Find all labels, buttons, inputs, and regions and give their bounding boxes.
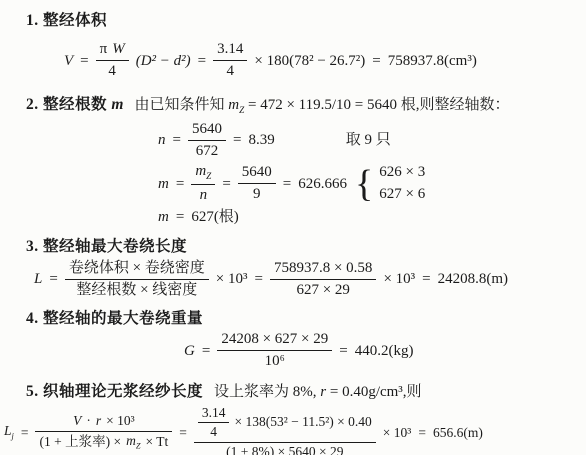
- variable-Lj-base: L: [4, 423, 12, 438]
- denominator: 9: [238, 184, 276, 203]
- variable-V: V: [64, 52, 73, 70]
- result-m: 626.666: [298, 175, 347, 193]
- variable-G: G: [184, 342, 195, 360]
- variable-m: m: [158, 208, 169, 226]
- term-times-10-3: × 10³: [383, 425, 412, 441]
- equals-sign: =: [80, 52, 88, 70]
- denominator: 4: [198, 423, 230, 440]
- num-rest: × 138(53² − 11.5²) × 0.40: [234, 415, 371, 430]
- formula-theoretical-yarn-length: Lj = V · r × 10³ (1 + 上浆率) × mZ × Tt = 3…: [4, 406, 586, 455]
- variable-W: W: [112, 41, 125, 58]
- numerator: 5640: [188, 121, 226, 141]
- variable-mz-base: m: [126, 433, 136, 448]
- den-text-1: (1 + 上浆率) ×: [39, 435, 121, 450]
- case-list: 626 × 3 627 × 6: [379, 162, 425, 206]
- section-5-title: 5. 织轴理论无浆经纱长度: [26, 379, 203, 401]
- equals-sign: =: [283, 175, 291, 193]
- result-m-final: 627(根): [191, 208, 239, 226]
- formula-max-winding-length: L = 卷绕体积 × 卷绕密度 整经根数 × 线密度 × 10³ = 75893…: [34, 260, 586, 300]
- denominator: 4: [213, 61, 247, 80]
- dot-operator: ·: [86, 414, 91, 429]
- numerator: mZ: [191, 163, 215, 186]
- fraction-weight: 24208 × 627 × 29 10⁶: [217, 331, 332, 371]
- section-3-title: 3. 整经轴最大卷绕长度: [26, 234, 187, 256]
- result-length: 24208.8(m): [438, 270, 508, 288]
- denominator: 4: [96, 61, 129, 80]
- result-yarn-length: 656.6(m): [433, 425, 483, 441]
- variable-L: L: [34, 270, 42, 288]
- formula-beam-count: n = 5640 672 = 8.39 取 9 只: [158, 121, 586, 161]
- variable-mz-sub: Z: [206, 172, 211, 182]
- denominator: (1 + 上浆率) × mZ × Tt: [35, 432, 172, 451]
- den-text-2: × Tt: [145, 435, 168, 450]
- fraction-numeric-big: 3.14 4 × 138(53² − 11.5²) × 0.40 (1 + 8%…: [194, 406, 376, 455]
- variable-mz-base: m: [195, 163, 206, 179]
- document-page: 1. 整经体积 V = πW 4 (D² − d²) = 3.14 4 × 18…: [0, 0, 586, 455]
- variable-mz-base: m: [228, 97, 239, 113]
- equals-sign: =: [255, 270, 263, 288]
- numerator: 3.14: [213, 41, 247, 61]
- numerator: 758937.8 × 0.58: [270, 260, 376, 280]
- case-brace: {: [355, 168, 373, 200]
- variable-mz-sub: Z: [136, 442, 141, 451]
- variable-mz-sub: Z: [239, 106, 244, 116]
- formula-ends-per-beam: m = mZ n = 5640 9 = 626.666 { 626 × 3 62…: [158, 162, 586, 206]
- term-times-10-3: × 10³: [106, 414, 135, 429]
- equals-sign: =: [222, 175, 230, 193]
- numerator: 3.14: [198, 406, 230, 424]
- case-option-1: 626 × 3: [379, 162, 425, 184]
- fraction-chinese-terms: 卷绕体积 × 卷绕密度 整经根数 × 线密度: [65, 260, 209, 300]
- numerator: 3.14 4 × 138(53² − 11.5²) × 0.40: [194, 406, 376, 444]
- equals-sign: =: [339, 342, 347, 360]
- intro-text: 由已知条件知 mZ = 472 × 119.5/10 = 5640 根,则整经轴…: [134, 93, 509, 116]
- intro-text-2: = 472 × 119.5/10 = 5640 根,则整经轴数：: [248, 97, 510, 113]
- variable-r: r: [96, 414, 101, 429]
- variable-mz: mZ: [228, 97, 244, 113]
- numerator: V · r × 10³: [35, 414, 172, 432]
- equals-sign: =: [233, 131, 241, 149]
- term-D2-d2: (D² − d²): [136, 52, 191, 70]
- section-2-title-text: 2. 整经根数: [26, 96, 107, 113]
- fraction-314-4: 3.14 4: [213, 41, 247, 81]
- equals-sign: =: [21, 425, 29, 441]
- section-5-heading: 5. 织轴理论无浆经纱长度 设上浆率为 8%, r = 0.40g/cm³,则: [26, 379, 586, 401]
- fraction-5640-9: 5640 9: [238, 164, 276, 204]
- equals-sign: =: [372, 52, 380, 70]
- term-times-10-3: × 10³: [383, 270, 415, 288]
- variable-r: r: [320, 384, 326, 400]
- denominator: 整经根数 × 线密度: [65, 280, 209, 299]
- section-1-title: 1. 整经体积: [26, 8, 107, 30]
- fraction-mz-n: mZ n: [191, 163, 215, 205]
- fraction-numeric: 758937.8 × 0.58 627 × 29: [270, 260, 376, 300]
- denominator: 10⁶: [217, 351, 332, 370]
- result-n: 8.39: [248, 131, 274, 149]
- variable-mz: mZ: [195, 163, 211, 183]
- equals-sign: =: [418, 425, 426, 441]
- fraction-symbolic: V · r × 10³ (1 + 上浆率) × mZ × Tt: [35, 414, 172, 451]
- denominator: n: [191, 185, 215, 204]
- section-2-title: 2. 整经根数 m: [26, 92, 123, 114]
- formula-warping-volume: V = πW 4 (D² − d²) = 3.14 4 × 180(78² − …: [64, 41, 586, 81]
- numerator: 卷绕体积 × 卷绕密度: [65, 260, 209, 280]
- numerator: 24208 × 627 × 29: [217, 331, 332, 351]
- formula-max-winding-weight: G = 24208 × 627 × 29 10⁶ = 440.2(kg): [184, 331, 586, 371]
- equals-sign: =: [179, 425, 187, 441]
- term-times-10-3: × 10³: [216, 270, 248, 288]
- term-factor: × 180(78² − 26.7²): [254, 52, 365, 70]
- equals-sign: =: [49, 270, 57, 288]
- intro-text: 设上浆率为 8%, r = 0.40g/cm³,则: [214, 380, 422, 401]
- fraction-5640-672: 5640 672: [188, 121, 226, 161]
- formula-m-final: m = 627(根): [158, 208, 586, 226]
- equals-sign: =: [176, 175, 184, 193]
- intro-text-1: 由已知条件知: [134, 97, 224, 113]
- case-option-2: 627 × 6: [379, 184, 425, 206]
- numerator: πW: [96, 41, 129, 61]
- result-volume: 758937.8(cm³): [388, 52, 477, 70]
- equals-sign: =: [173, 131, 181, 149]
- section-4-heading: 4. 整经轴的最大卷绕重量: [26, 306, 586, 328]
- note-take-9: 取 9 只: [346, 131, 391, 149]
- fraction-piW-4: πW 4: [96, 41, 129, 81]
- numerator: 5640: [238, 164, 276, 184]
- variable-m: m: [111, 96, 123, 113]
- equals-sign: =: [202, 342, 210, 360]
- section-4-title: 4. 整经轴的最大卷绕重量: [26, 306, 203, 328]
- equals-sign: =: [422, 270, 430, 288]
- section-3-heading: 3. 整经轴最大卷绕长度: [26, 234, 586, 256]
- variable-Lj: Lj: [4, 423, 14, 442]
- pi-symbol: π: [100, 41, 108, 58]
- variable-mz: mZ: [126, 434, 140, 451]
- denominator: (1 + 8%) × 5640 × 29: [194, 443, 376, 455]
- section-2-heading: 2. 整经根数 m 由已知条件知 mZ = 472 × 119.5/10 = 5…: [26, 92, 586, 116]
- variable-V: V: [73, 414, 81, 429]
- result-weight: 440.2(kg): [355, 342, 414, 360]
- denominator: 672: [188, 141, 226, 160]
- section-1-heading: 1. 整经体积: [26, 8, 586, 30]
- variable-n: n: [158, 131, 166, 149]
- equals-sign: =: [198, 52, 206, 70]
- intro-text-1: 设上浆率为 8%,: [214, 384, 317, 400]
- denominator: 627 × 29: [270, 280, 376, 299]
- variable-m: m: [158, 175, 169, 193]
- variable-Lj-sub: j: [12, 432, 14, 441]
- equals-sign: =: [176, 208, 184, 226]
- intro-text-2: = 0.40g/cm³,则: [330, 384, 422, 400]
- fraction-314-4: 3.14 4: [198, 406, 230, 441]
